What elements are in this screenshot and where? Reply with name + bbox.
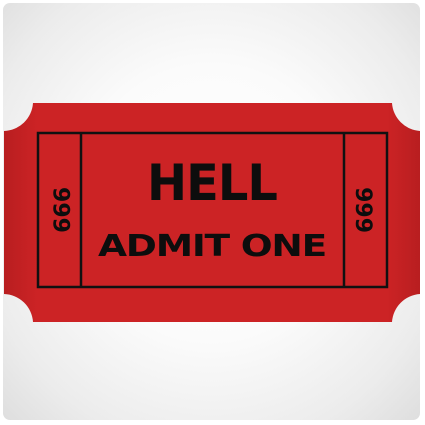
right-stub-number: 666: [354, 187, 379, 233]
ticket-illustration: 999 666 HELL ADMIT ONE: [0, 0, 425, 425]
ticket-title: HELL: [147, 154, 277, 212]
ticket-subtitle: ADMIT ONE: [98, 229, 326, 264]
left-stub-number: 999: [48, 187, 73, 233]
